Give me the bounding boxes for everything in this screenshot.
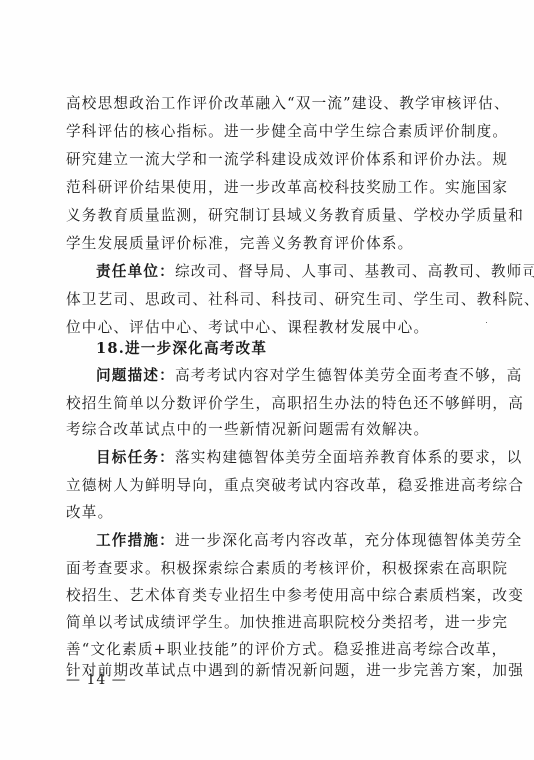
text-line: 善“文化素质+职业技能”的评价方式。稳妥推进高考综合改革，	[66, 639, 476, 661]
goal-paragraph: 目标任务：落实构建德智体美劳全面培养教育体系的要求，以	[96, 447, 476, 469]
text-line: 针对前期改革试点中遇到的新情况新问题，进一步完善方案，加强	[66, 660, 476, 682]
section-heading: 18.进一步深化高考改革	[96, 338, 476, 360]
text-line: 考综合改革试点中的一些新情况新问题需有效解决。	[66, 419, 476, 441]
text-line: 位中心、评估中心、考试中心、课程教材发展中心。	[66, 317, 476, 339]
text-line: 校招生简单以分数评价学生，高职招生办法的特色还不够鲜明，高	[66, 393, 476, 415]
measures-paragraph: 工作措施：进一步深化高考内容改革，充分体现德智体美劳全	[96, 530, 476, 552]
text-line: 改革。	[66, 502, 476, 524]
text-line: 校招生、艺术体育类专业招生中参考使用高中综合素质档案，改变	[66, 585, 476, 607]
text-line: 面考查要求。积极探索综合素质的考核评价，积极探索在高职院	[66, 558, 476, 580]
text-line: 进一步深化高考内容改革，充分体现德智体美劳全	[175, 532, 522, 549]
text-line: 高考考试内容对学生德智体美劳全面考查不够，高	[175, 367, 522, 384]
goal-label: 目标任务：	[96, 449, 175, 466]
text-line: 体卫艺司、思政司、社科司、科技司、研究生司、学生司、教科院、学	[66, 289, 476, 311]
measures-label: 工作措施：	[96, 532, 175, 549]
text-line: 简单以考试成绩评学生。加快推进高职院校分类招考，进一步完	[66, 612, 476, 634]
text-line: 义务教育质量监测，研究制订县域义务教育质量、学校办学质量和	[66, 205, 476, 227]
text-line: 综改司、督导局、人事司、基教司、高教司、教师司、	[175, 263, 534, 280]
problem-label: 问题描述：	[96, 367, 175, 384]
text-line: 学生发展质量评价标准，完善义务教育评价体系。	[66, 233, 476, 255]
scan-speck	[486, 322, 487, 323]
page-number: — 14 —	[66, 671, 127, 689]
text-line: 立德树人为鲜明导向，重点突破考试内容改革，稳妥推进高考综合	[66, 475, 476, 497]
document-page: 高校思想政治工作评价改革融入“双一流”建设、教学审核评估、 学科评估的核心指标。…	[0, 0, 534, 760]
text-line: 落实构建德智体美劳全面培养教育体系的要求，以	[175, 449, 522, 466]
scan-speck	[489, 293, 490, 294]
text-line: 研究建立一流大学和一流学科建设成效评价体系和评价办法。规	[66, 149, 476, 171]
text-line: 高校思想政治工作评价改革融入“双一流”建设、教学审核评估、	[66, 93, 476, 115]
responsibility-paragraph: 责任单位：综改司、督导局、人事司、基教司、高教司、教师司、	[96, 261, 476, 283]
text-line: 学科评估的核心指标。进一步健全高中学生综合素质评价制度。	[66, 121, 476, 143]
problem-paragraph: 问题描述：高考考试内容对学生德智体美劳全面考查不够，高	[96, 365, 476, 387]
scan-speck	[461, 268, 463, 270]
text-line: 范科研评价结果使用，进一步改革高校科技奖励工作。实施国家	[66, 177, 476, 199]
responsibility-label: 责任单位：	[96, 263, 175, 280]
